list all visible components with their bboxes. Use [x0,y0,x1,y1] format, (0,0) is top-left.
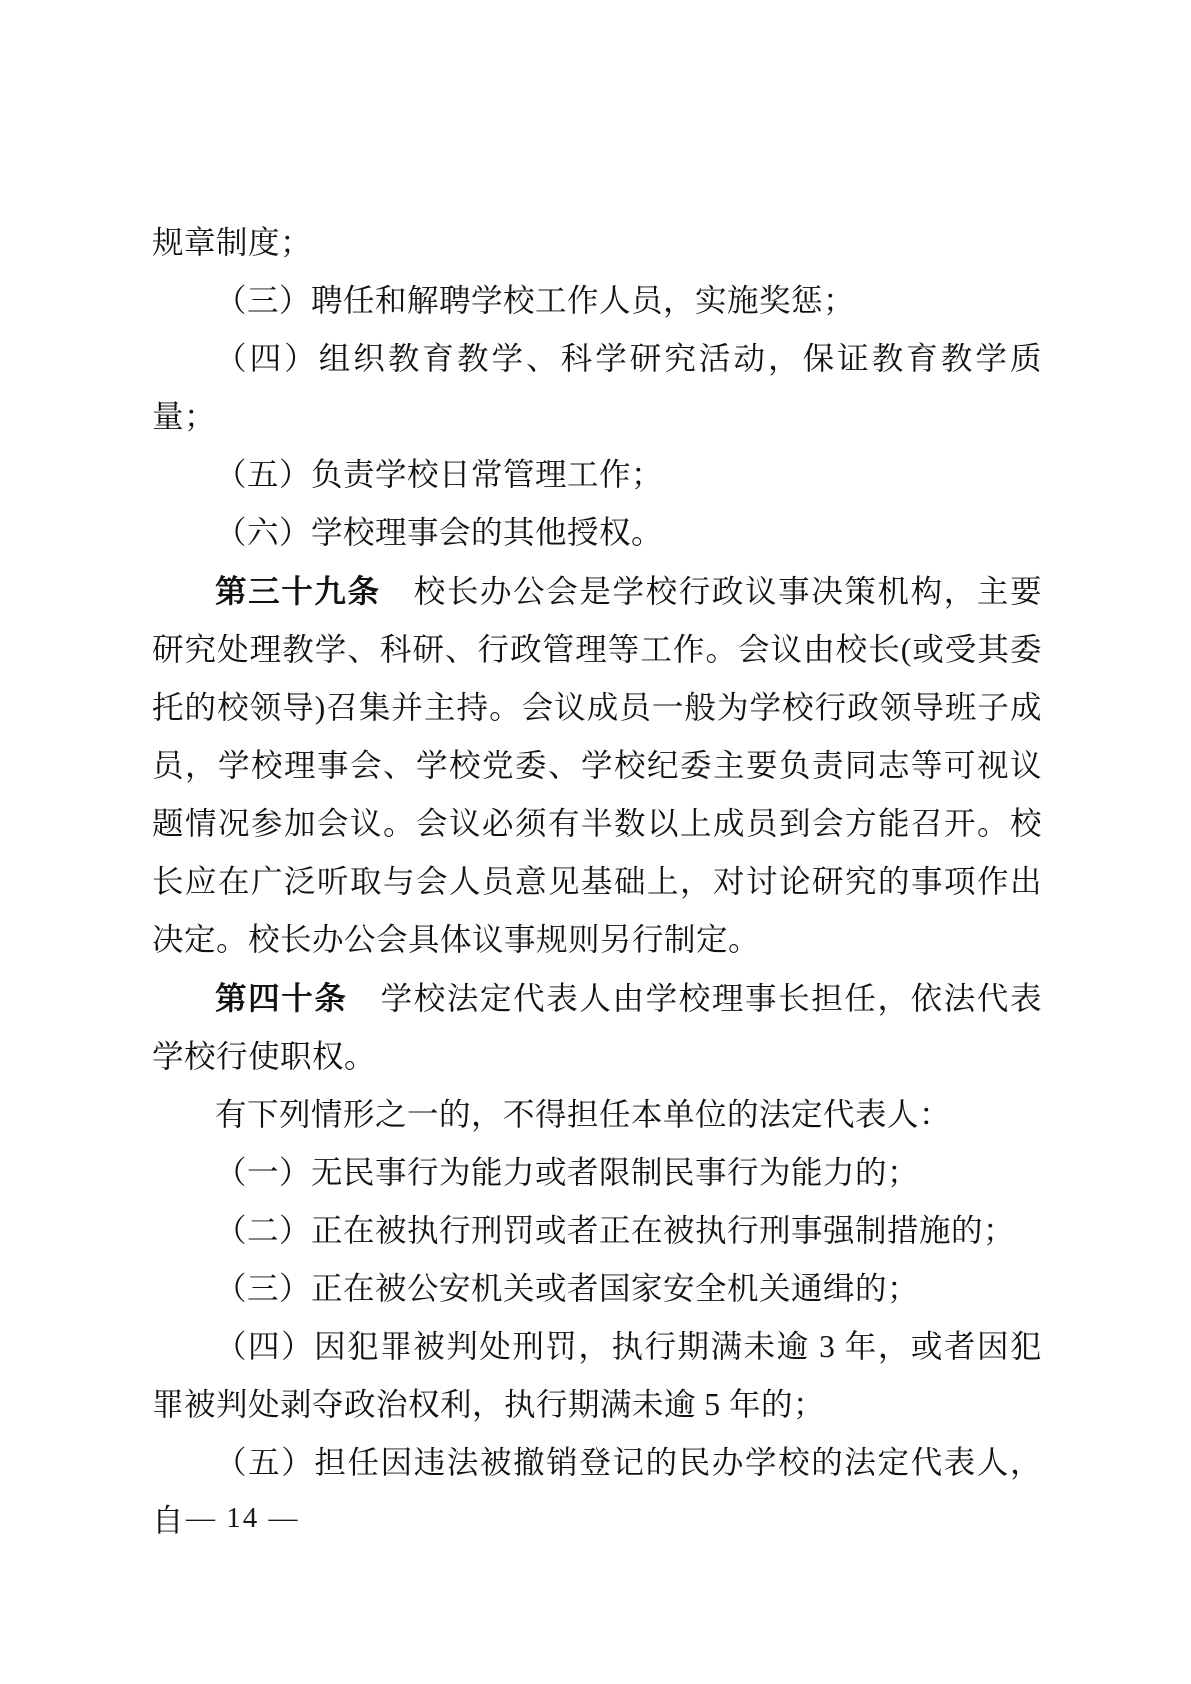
condition-item-1: （一）无民事行为能力或者限制民事行为能力的； [152,1144,1042,1202]
list-item-6: （六）学校理事会的其他授权。 [152,504,1042,562]
condition-item-2: （二）正在被执行刑罚或者正在被执行刑事强制措施的； [152,1202,1042,1260]
condition-item-4: （四）因犯罪被判处刑罚，执行期满未逾 3 年，或者因犯罪被判处剥夺政治权利，执行… [152,1318,1042,1434]
article-39-paragraph: 第三十九条 校长办公会是学校行政议事决策机构，主要研究处理教学、科研、行政管理等… [152,562,1042,969]
conditions-intro-paragraph: 有下列情形之一的，不得担任本单位的法定代表人： [152,1086,1042,1144]
list-item-3: （三）聘任和解聘学校工作人员，实施奖惩； [152,272,1042,330]
article-40-paragraph: 第四十条 学校法定代表人由学校理事长担任，依法代表学校行使职权。 [152,969,1042,1086]
list-item-4: （四）组织教育教学、科学研究活动，保证教育教学质量； [152,330,1042,446]
article-40-number: 第四十条 [215,980,348,1016]
page-number: — 14 — [186,1498,300,1538]
document-page: 规章制度； （三）聘任和解聘学校工作人员，实施奖惩； （四）组织教育教学、科学研… [0,0,1191,1684]
article-39-text: 校长办公会是学校行政议事决策机构，主要研究处理教学、科研、行政管理等工作。会议由… [152,574,1042,957]
article-39-number: 第三十九条 [215,573,381,609]
document-text-block: 规章制度； （三）聘任和解聘学校工作人员，实施奖惩； （四）组织教育教学、科学研… [152,214,1042,1550]
continuation-line: 规章制度； [152,214,1042,272]
condition-item-3: （三）正在被公安机关或者国家安全机关通缉的； [152,1260,1042,1318]
list-item-5: （五）负责学校日常管理工作； [152,446,1042,504]
